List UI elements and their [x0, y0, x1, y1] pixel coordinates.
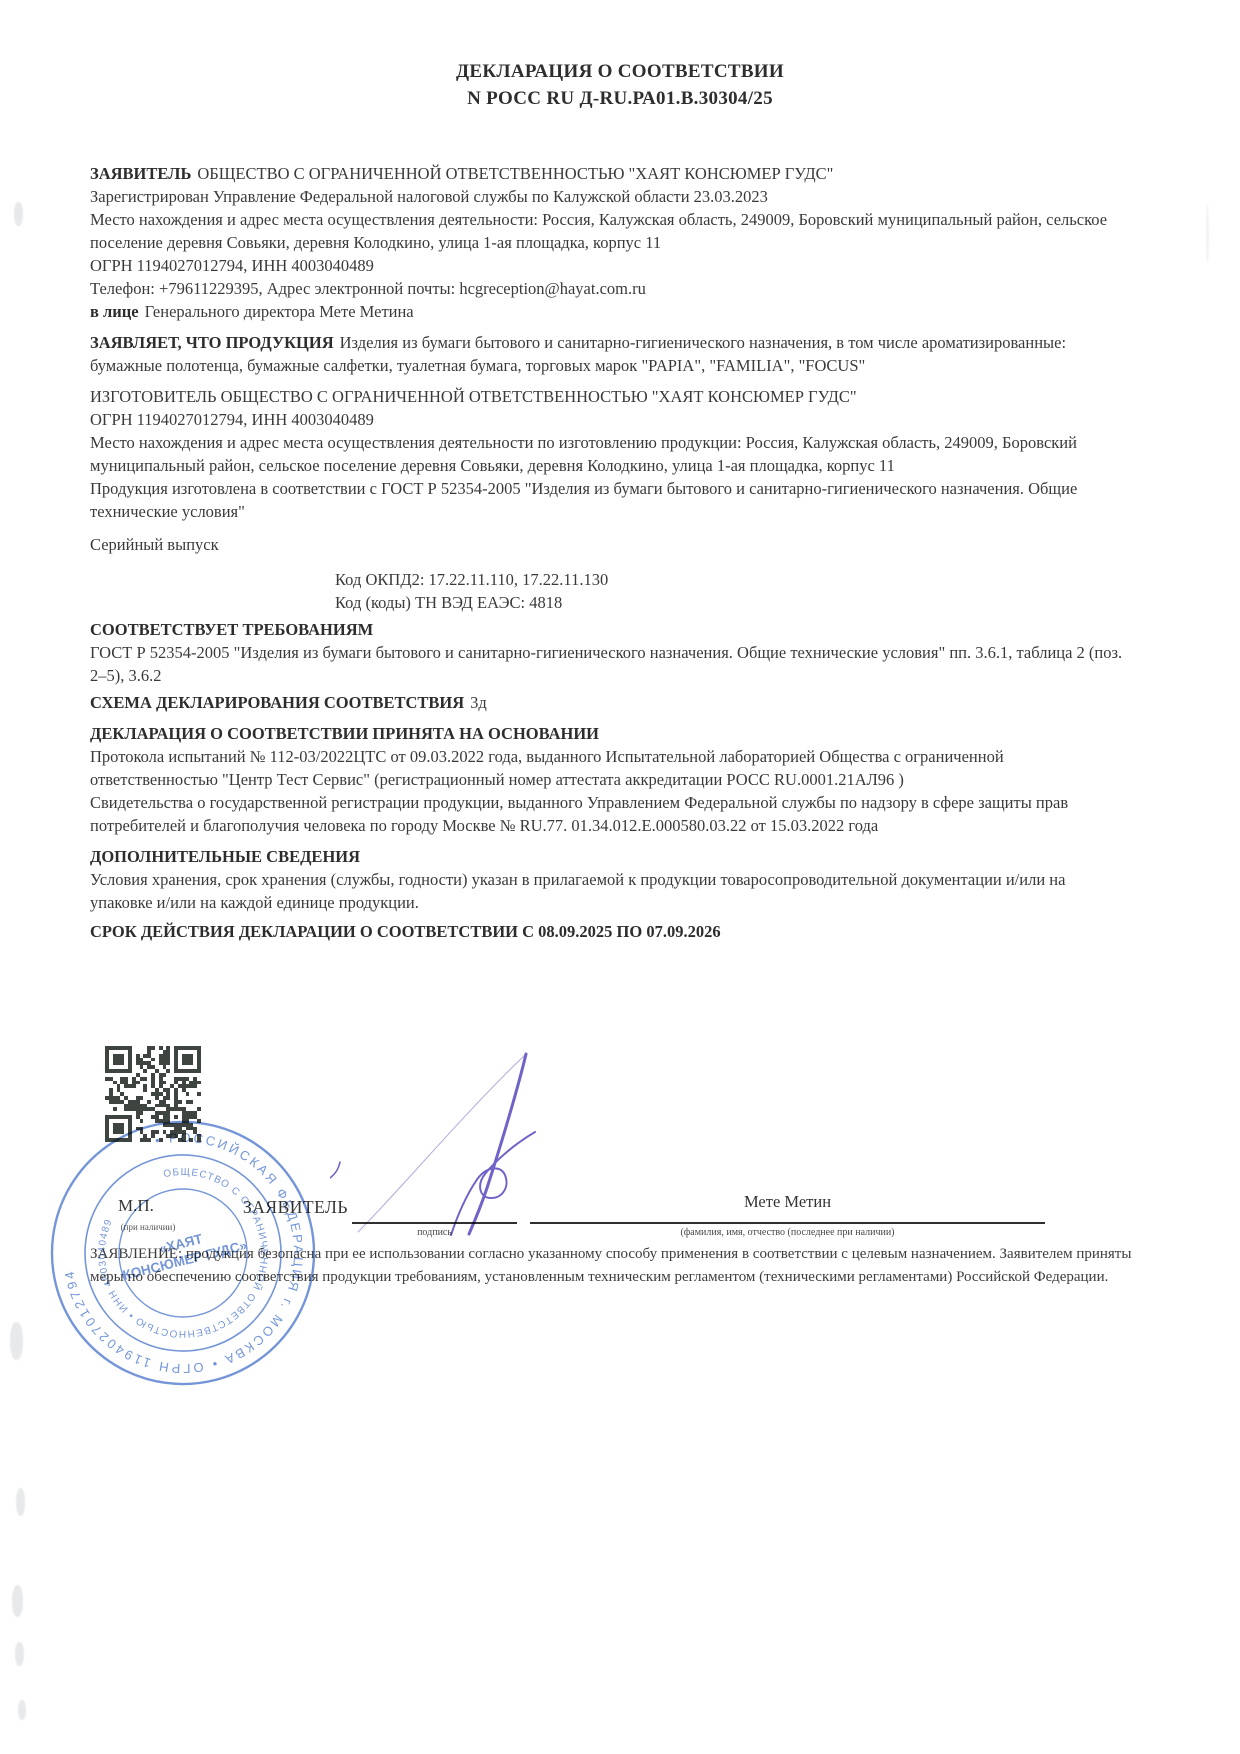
scan-artifact [1206, 205, 1209, 263]
in-person-value: Генерального директора Мете Метина [145, 302, 414, 321]
code-tn-ved: Код (коды) ТН ВЭД ЕАЭС: 4818 [335, 591, 1132, 614]
applicant-section: ЗАЯВИТЕЛЬОБЩЕСТВО С ОГРАНИЧЕННОЙ ОТВЕТСТ… [90, 162, 1132, 323]
applicant-ogrn-inn: ОГРН 1194027012794, ИНН 4003040489 [90, 254, 1132, 277]
scan-artifact [18, 1700, 26, 1720]
compliance-text: ГОСТ Р 52354-2005 "Изделия из бумаги быт… [90, 641, 1132, 687]
document-header: ДЕКЛАРАЦИЯ О СООТВЕТСТВИИ N РОСС RU Д-RU… [0, 0, 1240, 112]
compliance-label: СООТВЕТСТВУЕТ ТРЕБОВАНИЯМ [90, 620, 373, 639]
document-number: N РОСС RU Д-RU.РА01.В.30304/25 [0, 85, 1240, 112]
scan-artifact [14, 202, 23, 226]
compliance-section: СООТВЕТСТВУЕТ ТРЕБОВАНИЯМ ГОСТ Р 52354-2… [90, 618, 1132, 687]
scan-artifact [10, 1322, 23, 1360]
scheme-section: СХЕМА ДЕКЛАРИРОВАНИЯ СООТВЕТСТВИЯ3д [90, 691, 1132, 714]
basis-protocol: Протокола испытаний № 112-03/2022ЦТС от … [90, 745, 1132, 791]
basis-section: ДЕКЛАРАЦИЯ О СООТВЕТСТВИИ ПРИНЯТА НА ОСН… [90, 722, 1132, 837]
product-label: ЗАЯВЛЯЕТ, ЧТО ПРОДУКЦИЯ [90, 333, 340, 352]
scheme-value: 3д [470, 693, 487, 712]
signature-ink [330, 1040, 560, 1240]
codes-section: Код ОКПД2: 17.22.11.110, 17.22.11.130 Ко… [335, 568, 1132, 614]
manufacturer-name: ИЗГОТОВИТЕЛЬ ОБЩЕСТВО С ОГРАНИЧЕННОЙ ОТВ… [90, 385, 1132, 408]
applicant-registration: Зарегистрирован Управление Федеральной н… [90, 185, 1132, 208]
applicant-name: ОБЩЕСТВО С ОГРАНИЧЕННОЙ ОТВЕТСТВЕННОСТЬЮ… [197, 164, 833, 183]
product-section: ЗАЯВЛЯЕТ, ЧТО ПРОДУКЦИЯИзделия из бумаги… [90, 331, 1132, 377]
applicant-address: Место нахождения и адрес места осуществл… [90, 208, 1132, 254]
scan-artifact [16, 1488, 25, 1516]
basis-certificate: Свидетельства о государственной регистра… [90, 791, 1132, 837]
additional-text: Условия хранения, срок хранения (службы,… [90, 868, 1132, 914]
signatory-name-caption: (фамилия, имя, отчество (последнее при н… [530, 1227, 1045, 1238]
applicant-contacts: Телефон: +79611229395, Адрес электронной… [90, 277, 1132, 300]
production-type: Серийный выпуск [90, 533, 1132, 556]
in-person-label: в лице [90, 302, 145, 321]
company-stamp-seal: • РОССИЙСКАЯ ФЕДЕРАЦИЯ г. МОСКВА • ОГРН … [38, 1108, 328, 1398]
manufacturer-gost: Продукция изготовлена в соответствии с Г… [90, 477, 1132, 523]
scan-artifact [12, 1585, 23, 1617]
basis-label: ДЕКЛАРАЦИЯ О СООТВЕТСТВИИ ПРИНЯТА НА ОСН… [90, 724, 599, 743]
declaration-document: ДЕКЛАРАЦИЯ О СООТВЕТСТВИИ N РОСС RU Д-RU… [0, 0, 1240, 1754]
signatory-name: Мете Метин [530, 1192, 1045, 1212]
document-body: ЗАЯВИТЕЛЬОБЩЕСТВО С ОГРАНИЧЕННОЙ ОТВЕТСТ… [90, 162, 1132, 943]
scan-artifact [15, 1642, 24, 1666]
validity-period: СРОК ДЕЙСТВИЯ ДЕКЛАРАЦИИ О СООТВЕТСТВИИ … [90, 920, 1132, 943]
applicant-label: ЗАЯВИТЕЛЬ [90, 164, 197, 183]
manufacturer-ogrn-inn: ОГРН 1194027012794, ИНН 4003040489 [90, 408, 1132, 431]
manufacturer-section: ИЗГОТОВИТЕЛЬ ОБЩЕСТВО С ОГРАНИЧЕННОЙ ОТВ… [90, 385, 1132, 523]
code-okpd2: Код ОКПД2: 17.22.11.110, 17.22.11.130 [335, 568, 1132, 591]
manufacturer-address: Место нахождения и адрес места осуществл… [90, 431, 1132, 477]
document-title: ДЕКЛАРАЦИЯ О СООТВЕТСТВИИ [0, 58, 1240, 85]
scheme-label: СХЕМА ДЕКЛАРИРОВАНИЯ СООТВЕТСТВИЯ [90, 693, 470, 712]
additional-label: ДОПОЛНИТЕЛЬНЫЕ СВЕДЕНИЯ [90, 847, 360, 866]
additional-section: ДОПОЛНИТЕЛЬНЫЕ СВЕДЕНИЯ Условия хранения… [90, 845, 1132, 914]
signatory-name-line [530, 1222, 1045, 1224]
